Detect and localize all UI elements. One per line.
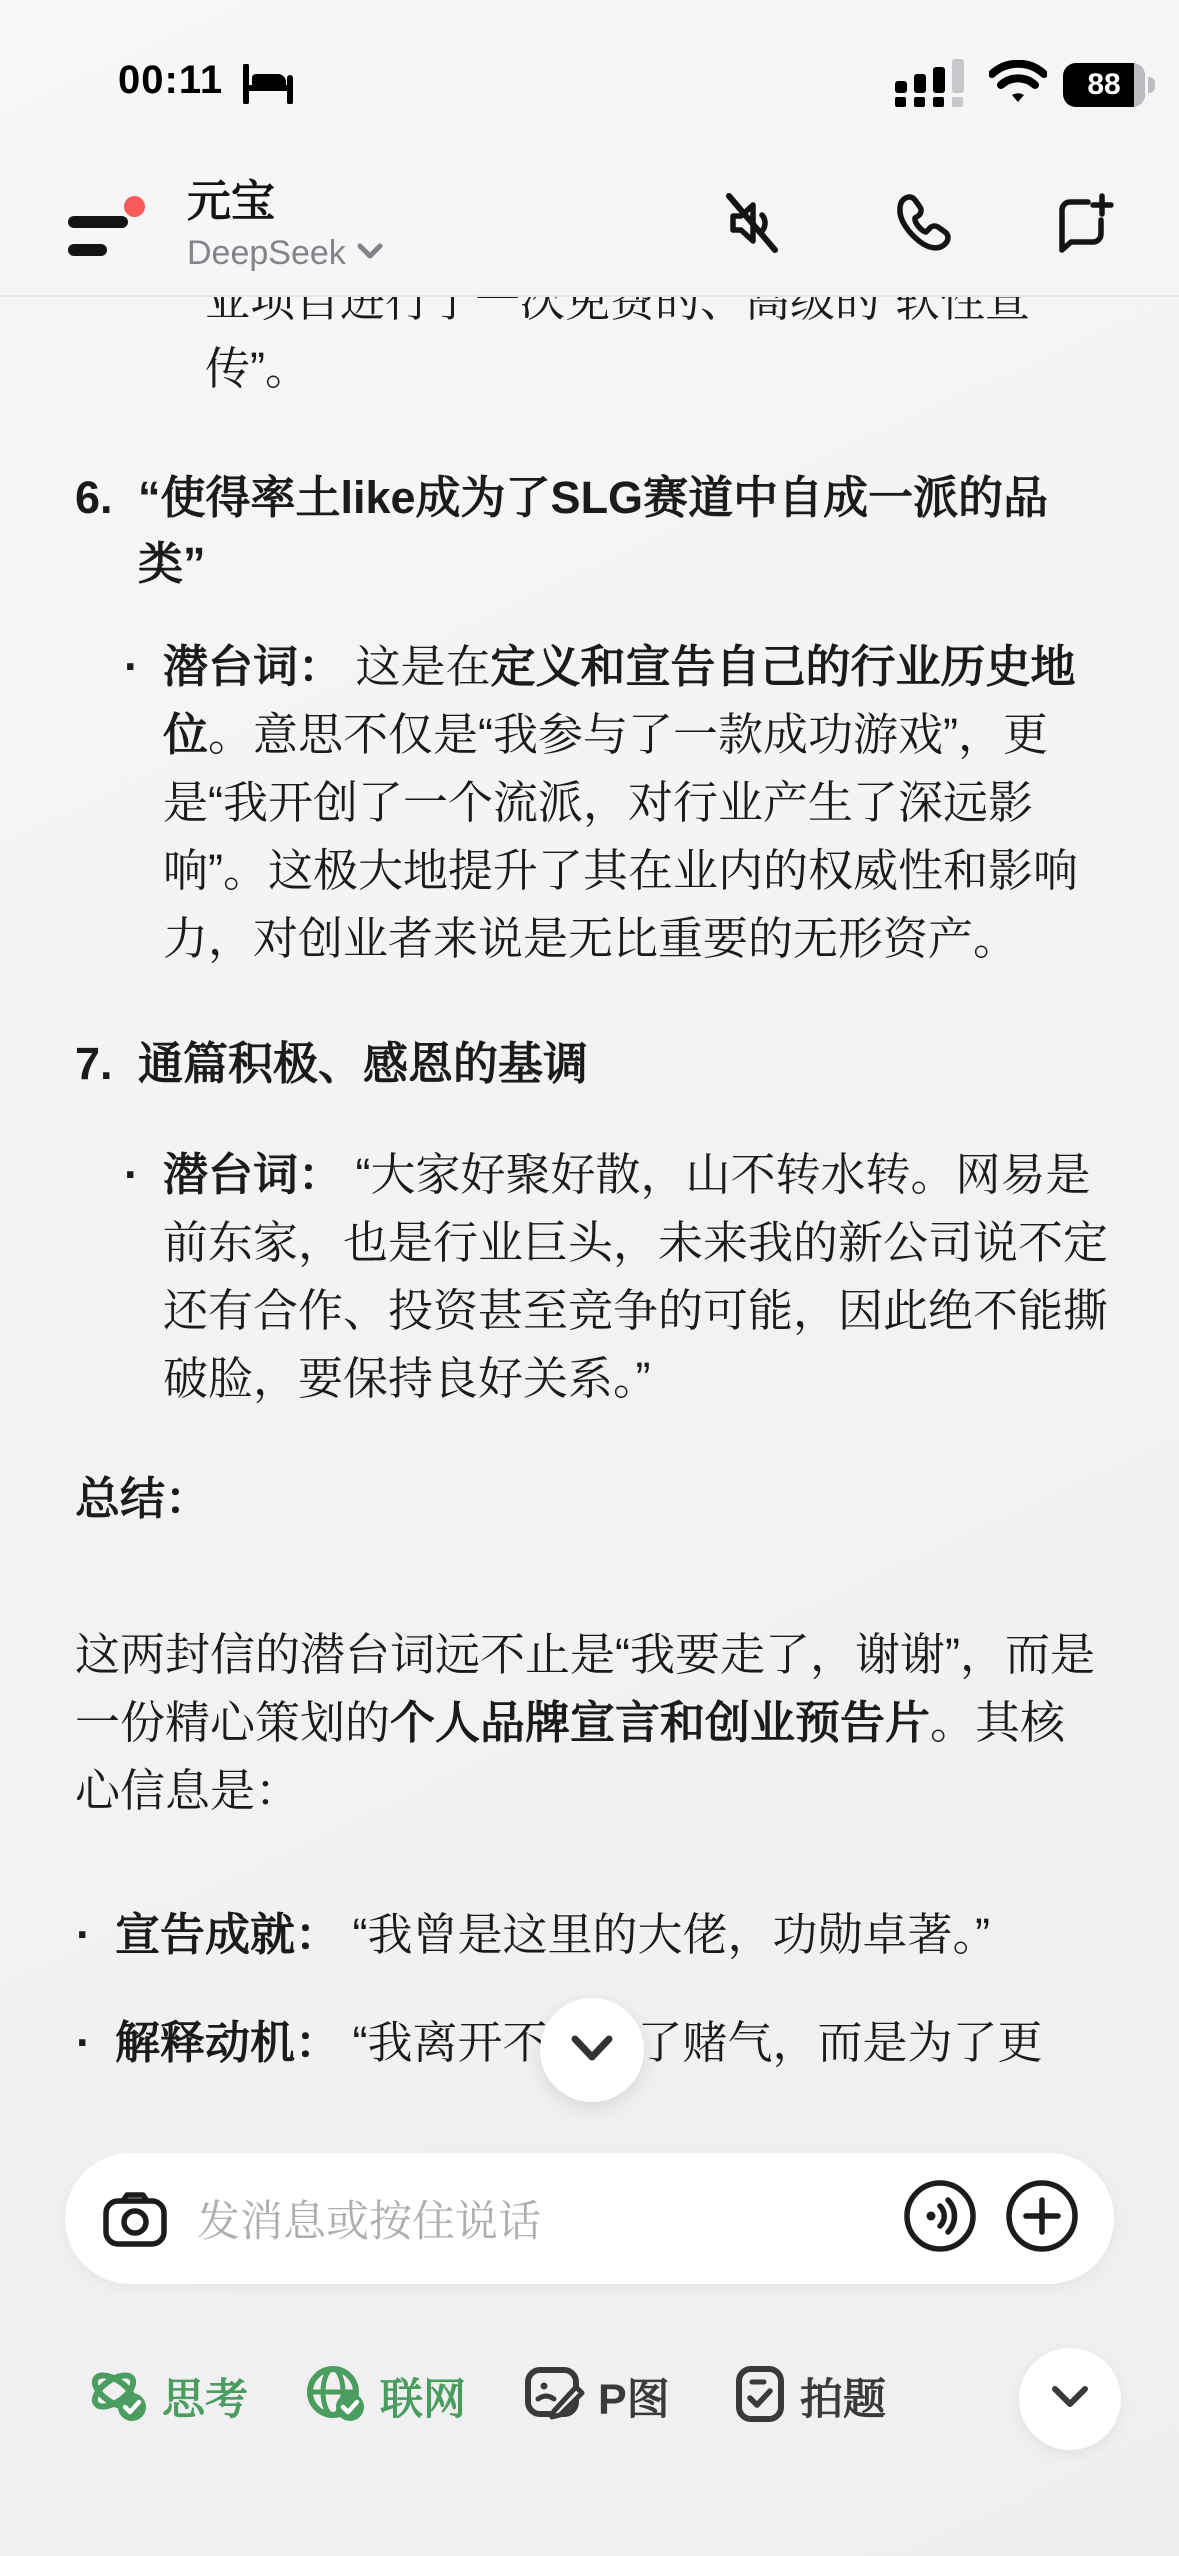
- toolbar-item-photo-edit[interactable]: P图: [524, 2352, 670, 2440]
- wifi-icon: [989, 60, 1047, 109]
- battery-icon: 88: [1063, 63, 1155, 107]
- scroll-to-bottom-button[interactable]: [540, 1998, 644, 2102]
- add-attachment-button[interactable]: [1004, 2178, 1080, 2259]
- app-header: 元宝 DeepSeek: [0, 130, 1179, 297]
- bullet-marker: ·: [124, 1141, 139, 1209]
- message-numbered-heading: 6.“使得率土like成为了SLG赛道中自成一派的品类”: [0, 465, 1179, 597]
- app-title: 元宝: [187, 178, 384, 226]
- list-number: 7.: [75, 1031, 138, 1097]
- model-selector[interactable]: 元宝 DeepSeek: [187, 178, 384, 273]
- bullet-marker: ·: [76, 2009, 91, 2077]
- capability-toolbar: 思考 联网 P图: [0, 2352, 1179, 2448]
- toolbar-item-snap-question[interactable]: 拍题: [732, 2352, 886, 2440]
- collapse-toolbar-button[interactable]: [1019, 2348, 1121, 2450]
- phone-call-button[interactable]: [883, 188, 953, 263]
- assistant-message: 业项目进行了一次免费的、高级的“软性宣 传”。6.“使得率土like成为了SLG…: [0, 297, 1179, 2155]
- message-paragraph: 总结：: [0, 1465, 1179, 1533]
- message-input-bar[interactable]: 发消息或按住说话: [65, 2153, 1114, 2284]
- model-name: DeepSeek: [187, 234, 346, 273]
- message-paragraph: 这两封信的潜台词远不止是“我要走了，谢谢”，而是一份精心策划的个人品牌宣言和创业…: [0, 1621, 1179, 1825]
- message-paragraph-clipped: 业项目进行了一次免费的、高级的“软性宣 传”。: [0, 297, 1179, 403]
- mute-voice-button[interactable]: [717, 188, 787, 263]
- toolbar-label: 联网: [380, 2366, 466, 2427]
- bullet-marker: ·: [76, 1901, 91, 1969]
- sleep-focus-bed-icon: [242, 64, 294, 109]
- new-chat-button[interactable]: [1049, 188, 1119, 263]
- chevron-down-icon: [356, 241, 384, 266]
- toolbar-label: 拍题: [800, 2366, 886, 2427]
- toolbar-item-think[interactable]: 思考: [88, 2352, 248, 2440]
- status-bar: 00:11 88: [0, 0, 1179, 130]
- voice-wave-button[interactable]: [902, 2178, 978, 2259]
- web-icon: [306, 2365, 368, 2428]
- list-number: 6.: [75, 465, 138, 597]
- think-icon: [88, 2365, 150, 2428]
- toolbar-label: 思考: [162, 2366, 248, 2427]
- chevron-down-icon: [569, 2033, 615, 2068]
- chevron-down-icon: [1050, 2384, 1090, 2415]
- snap-question-icon: [732, 2365, 788, 2428]
- notification-dot: [124, 196, 145, 217]
- toolbar-label: P图: [598, 2366, 670, 2427]
- message-bullet-item: ·潜台词： “大家好聚好散，山不转水转。网易是前东家，也是行业巨头，未来我的新公…: [0, 1141, 1179, 1413]
- battery-percent: 88: [1063, 63, 1145, 107]
- message-bullet-item: ·潜台词： 这是在定义和宣告自己的行业历史地位。意思不仅是“我参与了一款成功游戏…: [0, 633, 1179, 973]
- message-input[interactable]: 发消息或按住说话: [197, 2188, 902, 2249]
- bullet-marker: ·: [124, 633, 139, 701]
- photo-edit-icon: [524, 2365, 586, 2428]
- message-bullet-item: ·宣告成就： “我曾是这里的大佬，功勋卓著。”: [0, 1901, 1179, 1969]
- camera-icon[interactable]: [103, 2191, 167, 2247]
- cellular-signal-icon: [895, 63, 973, 107]
- menu-button[interactable]: [68, 200, 148, 260]
- toolbar-item-web[interactable]: 联网: [306, 2352, 466, 2440]
- message-numbered-heading: 7.通篇积极、感恩的基调: [0, 1031, 1179, 1097]
- status-time: 00:11: [118, 58, 223, 103]
